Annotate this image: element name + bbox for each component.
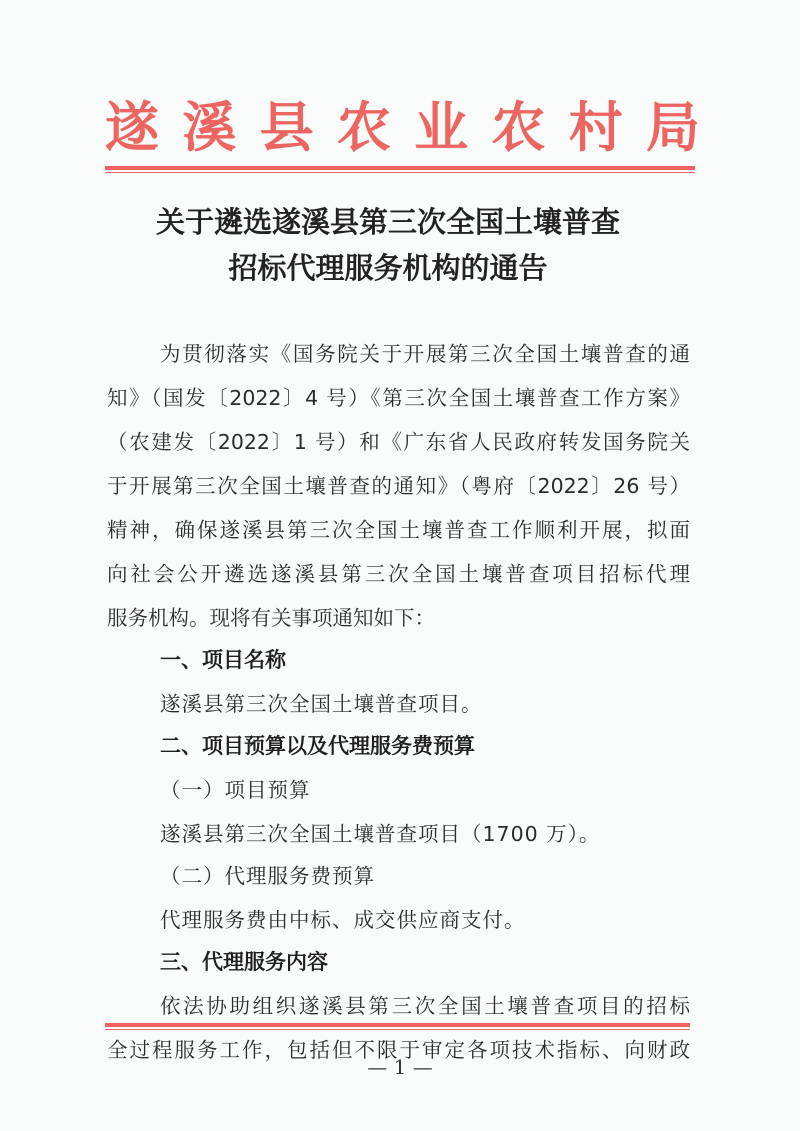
- header-red-rule: [105, 166, 695, 170]
- page-number: — 1 —: [0, 1055, 800, 1079]
- org-char: 遂: [105, 100, 159, 154]
- org-char: 村: [569, 100, 623, 154]
- subsection-agency-fee-content: 代理服务费由中标、成交供应商支付。: [160, 906, 526, 934]
- org-char: 农: [337, 100, 391, 154]
- org-char: 农: [491, 100, 545, 154]
- section-heading-2: 二、项目预算以及代理服务费预算: [160, 732, 475, 760]
- header-red-rule-thin: [105, 172, 695, 173]
- issuing-authority-header: 遂 溪 县 农 业 农 村 局: [105, 92, 700, 162]
- document-page: 遂 溪 县 农 业 农 村 局 关于遴选遂溪县第三次全国土壤普查 招标代理服务机…: [0, 0, 800, 1131]
- footer-red-rule-thin: [105, 1029, 690, 1030]
- document-title-line-1: 关于遴选遂溪县第三次全国土壤普查: [0, 200, 788, 241]
- section-heading-3: 三、代理服务内容: [160, 948, 328, 976]
- document-title-line-2: 招标代理服务机构的通告: [0, 246, 788, 287]
- intro-paragraph-line: 服务机构。现将有关事项通知如下：: [107, 604, 435, 632]
- subsection-agency-fee-label: （二）代理服务费预算: [160, 862, 375, 890]
- section-1-content: 遂溪县第三次全国土壤普查项目。: [160, 690, 483, 718]
- intro-paragraph-line: 向社会公开遴选遂溪县第三次全国土壤普查项目招标代理: [107, 560, 690, 588]
- org-char: 县: [260, 100, 314, 154]
- section-3-paragraph-line: 依法协助组织遂溪县第三次全国土壤普查项目的招标: [160, 992, 690, 1020]
- intro-paragraph-line: 为贯彻落实《国务院关于开展第三次全国土壤普查的通: [160, 340, 690, 368]
- org-char: 局: [646, 100, 700, 154]
- org-char: 溪: [182, 100, 236, 154]
- subsection-project-budget-content: 遂溪县第三次全国土壤普查项目（1700 万）。: [160, 820, 600, 848]
- section-heading-1: 一、项目名称: [160, 646, 286, 674]
- footer-red-rule: [105, 1023, 690, 1027]
- subsection-project-budget-label: （一）项目预算: [160, 776, 311, 804]
- org-char: 业: [414, 100, 468, 154]
- intro-paragraph-line: 精神，确保遂溪县第三次全国土壤普查工作顺利开展，拟面: [107, 516, 690, 544]
- intro-paragraph-line: （农建发〔2022〕1 号）和《广东省人民政府转发国务院关: [107, 428, 690, 456]
- intro-paragraph-line: 于开展第三次全国土壤普查的通知》（粤府〔2022〕26 号）: [107, 472, 690, 500]
- intro-paragraph-line: 知》（国发〔2022〕4 号）《第三次全国土壤普查工作方案》: [107, 384, 690, 412]
